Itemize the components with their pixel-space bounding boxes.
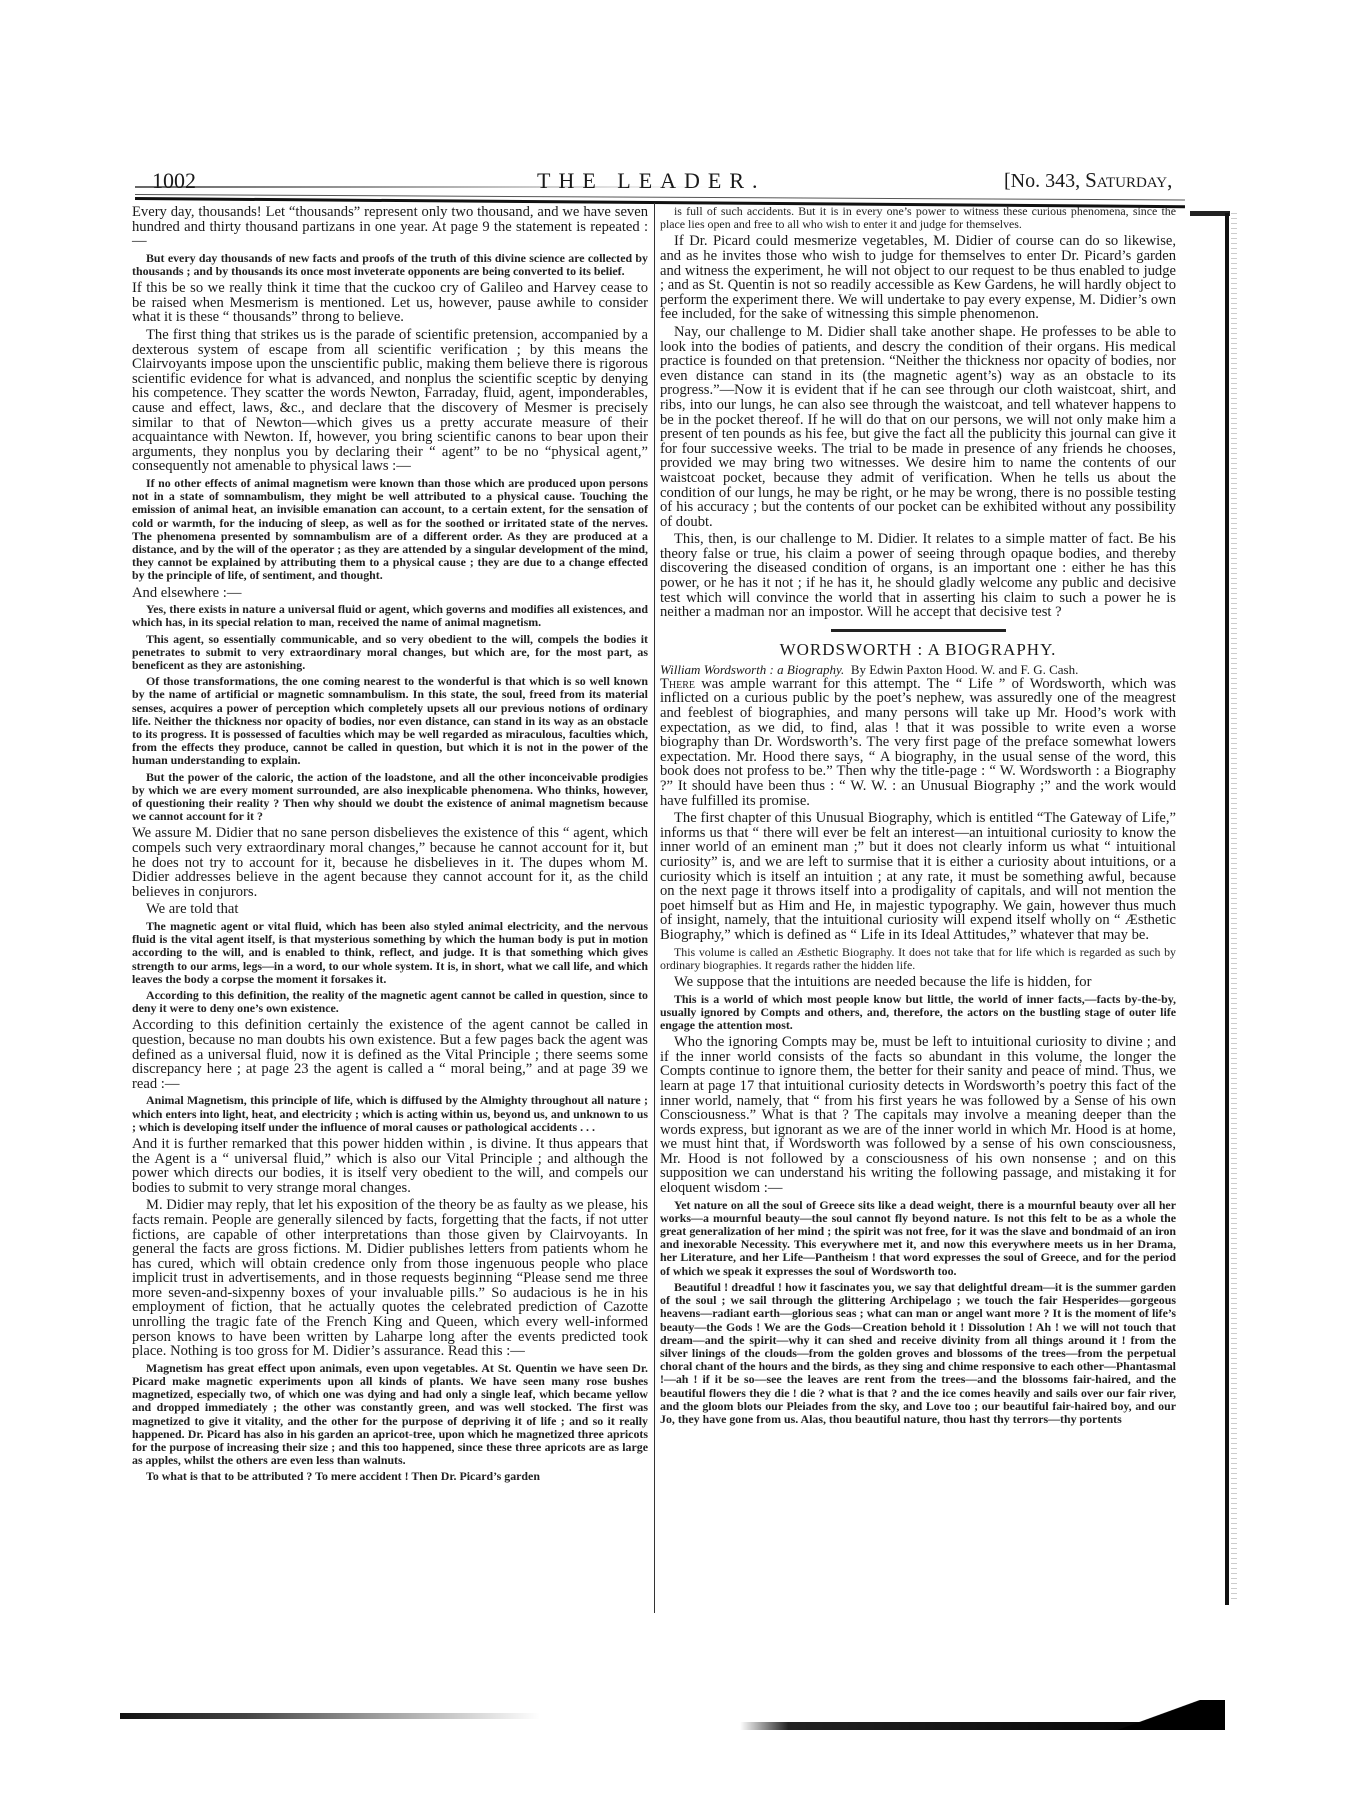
quoted-extract: Yes, there exists in nature a universal … <box>132 603 648 629</box>
body-paragraph: According to this definition certainly t… <box>132 1018 648 1091</box>
page-corner-shadow <box>1110 1700 1225 1730</box>
issue-day: Saturday, <box>1085 168 1172 192</box>
body-paragraph: If Dr. Picard could mesmerize vegetables… <box>660 234 1176 322</box>
page-edge-cap <box>1190 211 1230 216</box>
quoted-extract: This volume is called an Æsthetic Biogra… <box>660 946 1176 972</box>
page-number: 1002 <box>152 168 196 194</box>
body-paragraph: And it is further remarked that this pow… <box>132 1137 648 1195</box>
masthead: 1002 THE LEADER. [No. 343, Saturday, <box>152 168 1222 192</box>
body-paragraph: Every day, thousands! Let “thousands” re… <box>132 205 648 249</box>
body-paragraph: We assure M. Didier that no sane person … <box>132 826 648 899</box>
quoted-extract: But the power of the caloric, the action… <box>132 771 648 824</box>
body-paragraph: And elsewhere :— <box>132 586 648 601</box>
didier-article-continuation: is full of such accidents. But it is in … <box>660 205 1176 623</box>
quoted-extract: This agent, so essentially communicable,… <box>132 633 648 673</box>
review-book-author-publisher: By Edwin Paxton Hood. W. and F. G. Cash. <box>851 662 1079 677</box>
review-byline: William Wordsworth : a Biography. By Edw… <box>660 662 1176 677</box>
body-paragraph: There was ample warrant for this attempt… <box>660 677 1176 808</box>
quoted-extract: The magnetic agent or vital fluid, which… <box>132 920 648 986</box>
body-paragraph: If this be so we really think it time th… <box>132 281 648 325</box>
issue-info: [No. 343, Saturday, <box>1004 168 1172 193</box>
body-paragraph: We suppose that the intuitions are neede… <box>660 975 1176 990</box>
quoted-extract: Animal Magnetism, this principle of life… <box>132 1094 648 1134</box>
left-column: Every day, thousands! Let “thousands” re… <box>132 205 648 1487</box>
quoted-extract: According to this definition, the realit… <box>132 989 648 1015</box>
review-book-title: William Wordsworth : a Biography. <box>660 662 844 677</box>
quoted-extract: Yet nature on all the soul of Greece sit… <box>660 1199 1176 1278</box>
body-paragraph: The first thing that strikes us is the p… <box>132 328 648 474</box>
review-heading: WORDSWORTH : A BIOGRAPHY. <box>660 640 1176 660</box>
quoted-extract: is full of such accidents. But it is in … <box>660 205 1176 231</box>
article-separator-rule <box>831 629 1006 632</box>
quoted-extract: Beautiful ! dreadful ! how it fascinates… <box>660 1281 1176 1426</box>
review-body: There was ample warrant for this attempt… <box>660 677 1176 1429</box>
quoted-extract: Of those transformations, the one coming… <box>132 675 648 767</box>
column-divider <box>654 203 655 1613</box>
body-paragraph: Who the ignoring Compts may be, must be … <box>660 1035 1176 1196</box>
page-edge-right <box>1225 213 1229 1605</box>
newspaper-title: THE LEADER. <box>537 168 766 194</box>
right-column: is full of such accidents. But it is in … <box>660 205 1176 1429</box>
quoted-extract: If no other effects of animal magnetism … <box>132 477 648 583</box>
page-edge-stipple <box>1231 213 1237 1603</box>
body-paragraph: Nay, our challenge to M. Didier shall ta… <box>660 325 1176 529</box>
issue-number: [No. 343, <box>1004 170 1085 192</box>
quoted-extract: But every day thousands of new facts and… <box>132 252 648 278</box>
body-paragraph: This, then, is our challenge to M. Didie… <box>660 532 1176 620</box>
body-paragraph: The first chapter of this Unusual Biogra… <box>660 811 1176 942</box>
scan-smear-bottom-left <box>120 1713 540 1719</box>
quoted-extract: This is a world of which most people kno… <box>660 993 1176 1033</box>
body-paragraph: M. Didier may reply, that let his exposi… <box>132 1198 648 1359</box>
opening-word: There <box>660 676 695 692</box>
body-paragraph: We are told that <box>132 902 648 917</box>
quoted-extract: To what is that to be attributed ? To me… <box>132 1470 648 1483</box>
quoted-extract: Magnetism has great effect upon animals,… <box>132 1362 648 1468</box>
